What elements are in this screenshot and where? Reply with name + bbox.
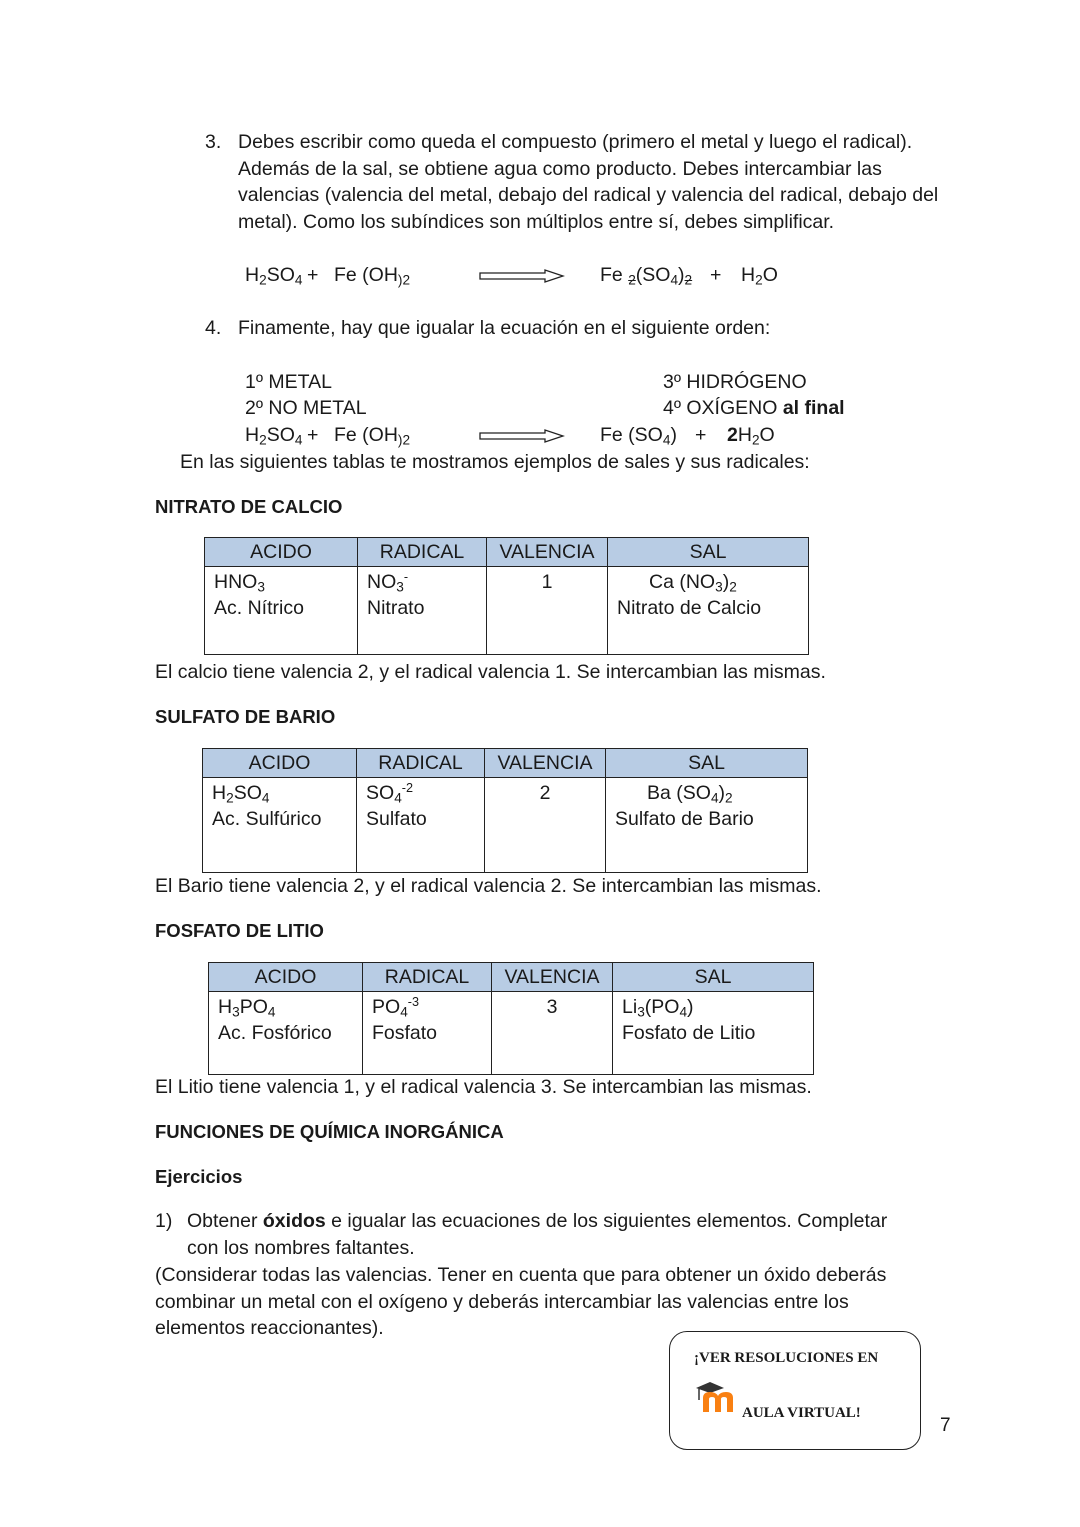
step-4-text: Finamente, hay que igualar la ecuación e…: [238, 315, 770, 342]
product-iron-sulfate: Fe 2(SO4)2: [600, 262, 692, 289]
step-4-number: 4.: [205, 315, 235, 342]
equation-step-4: H2SO4 + Fe (OH)2 Fe (SO4) + 2H2O: [245, 422, 845, 450]
table-title: SULFATO DE BARIO: [155, 704, 335, 731]
valencia-cell: 2: [485, 778, 606, 873]
header-acido: ACIDO: [203, 749, 357, 778]
equation-step-3: H2SO4 + Fe (OH)2 Fe 2(SO4)2 + H2O: [245, 262, 845, 290]
step-3-line: valencias (valencia del metal, debajo de…: [238, 182, 938, 209]
acid-cell: H2SO4Ac. Sulfúrico: [203, 778, 357, 873]
radical-cell: SO4-2Sulfato: [357, 778, 485, 873]
salt-cell: Ca (NO3)2Nitrato de Calcio: [608, 567, 809, 655]
header-sal: SAL: [613, 963, 814, 992]
table-row: H2SO4Ac. Sulfúrico SO4-2Sulfato 2 Ba (SO…: [203, 778, 808, 873]
reaction-arrow-icon: [479, 269, 565, 283]
acid-cell: HNO3Ac. Nítrico: [205, 567, 358, 655]
note-line: (Considerar todas las valencias. Tener e…: [155, 1262, 886, 1289]
product-water: H2O: [741, 262, 778, 289]
header-valencia: VALENCIA: [492, 963, 613, 992]
table-title: FOSFATO DE LITIO: [155, 918, 324, 945]
valencia-cell: 3: [492, 992, 613, 1075]
order-fourth: 4º OXÍGENO al final: [663, 395, 845, 422]
salt-table-lithium-phosphate: ACIDO RADICAL VALENCIA SAL H3PO4Ac. Fosf…: [208, 962, 814, 1075]
table-header-row: ACIDO RADICAL VALENCIA SAL: [205, 538, 809, 567]
section-title: FUNCIONES DE QUÍMICA INORGÁNICA: [155, 1119, 504, 1146]
exercise-1-line-2: con los nombres faltantes.: [187, 1235, 887, 1262]
valencia-cell: 1: [487, 567, 608, 655]
salt-table-calcium-nitrate: ACIDO RADICAL VALENCIA SAL HNO3Ac. Nítri…: [204, 537, 809, 655]
header-acido: ACIDO: [205, 538, 358, 567]
table-row: HNO3Ac. Nítrico NO3-Nitrato 1 Ca (NO3)2N…: [205, 567, 809, 655]
exercise-1-note: (Considerar todas las valencias. Tener e…: [155, 1262, 886, 1342]
callout-line-2: AULA VIRTUAL!: [742, 1405, 861, 1422]
radical-cell: NO3-Nitrato: [358, 567, 487, 655]
table-note: El Litio tiene valencia 1, y el radical …: [155, 1074, 812, 1101]
salt-table-barium-sulfate: ACIDO RADICAL VALENCIA SAL H2SO4Ac. Sulf…: [202, 748, 808, 873]
header-acido: ACIDO: [209, 963, 363, 992]
header-sal: SAL: [606, 749, 808, 778]
plus-sign: +: [307, 262, 318, 289]
order-third: 3º HIDRÓGENO: [663, 369, 807, 396]
exercise-1-line-1: Obtener óxidos e igualar las ecuaciones …: [187, 1208, 887, 1235]
page-number: 7: [940, 1415, 951, 1437]
step-3-line: metal). Como los subíndices son múltiplo…: [238, 209, 938, 236]
step-3-line: Además de la sal, se obtiene agua como p…: [238, 156, 938, 183]
table-header-row: ACIDO RADICAL VALENCIA SAL: [203, 749, 808, 778]
callout-line-1: ¡VER RESOLUCIONES EN: [694, 1350, 878, 1367]
moodle-icon: [694, 1378, 738, 1414]
reaction-arrow-icon: [479, 429, 565, 443]
plus-sign: +: [710, 262, 721, 289]
table-note: El Bario tiene valencia 2, y el radical …: [155, 873, 822, 900]
header-radical: RADICAL: [363, 963, 492, 992]
step-3-line: Debes escribir como queda el compuesto (…: [238, 129, 938, 156]
table-title: NITRATO DE CALCIO: [155, 494, 342, 521]
header-radical: RADICAL: [357, 749, 485, 778]
header-radical: RADICAL: [358, 538, 487, 567]
radical-cell: PO4-3Fosfato: [363, 992, 492, 1075]
order-first: 1º METAL: [245, 369, 332, 396]
salt-cell: Ba (SO4)2Sulfato de Bario: [606, 778, 808, 873]
plus-sign: +: [695, 422, 706, 449]
table-header-row: ACIDO RADICAL VALENCIA SAL: [209, 963, 814, 992]
product-water: 2H2O: [727, 422, 775, 449]
table-row: H3PO4Ac. Fosfórico PO4-3Fosfato 3 Li3(PO…: [209, 992, 814, 1075]
table-note: El calcio tiene valencia 2, y el radical…: [155, 659, 826, 686]
reactant-sulfuric-acid: H2SO4: [245, 422, 302, 449]
reactant-iron-hydroxide: Fe (OH)2: [334, 262, 410, 289]
step-3-number: 3.: [205, 129, 235, 156]
header-valencia: VALENCIA: [487, 538, 608, 567]
tables-intro: En las siguientes tablas te mostramos ej…: [180, 449, 810, 476]
salt-cell: Li3(PO4)Fosfato de Litio: [613, 992, 814, 1075]
exercises-title: Ejercicios: [155, 1164, 242, 1191]
order-second: 2º NO METAL: [245, 395, 367, 422]
reactant-iron-hydroxide: Fe (OH)2: [334, 422, 410, 449]
acid-cell: H3PO4Ac. Fosfórico: [209, 992, 363, 1075]
exercise-1-number: 1): [155, 1208, 185, 1235]
header-valencia: VALENCIA: [485, 749, 606, 778]
product-iron-sulfate: Fe (SO4): [600, 422, 677, 449]
plus-sign: +: [307, 422, 318, 449]
header-sal: SAL: [608, 538, 809, 567]
note-line: combinar un metal con el oxígeno y deber…: [155, 1289, 886, 1316]
aula-virtual-callout[interactable]: ¡VER RESOLUCIONES EN AULA VIRTUAL!: [669, 1331, 921, 1450]
reactant-sulfuric-acid: H2SO4: [245, 262, 302, 289]
